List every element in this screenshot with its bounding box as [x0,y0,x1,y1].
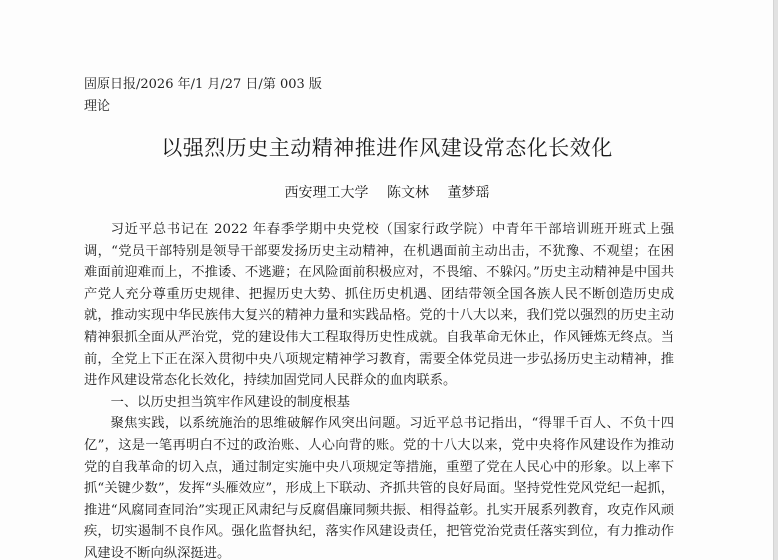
article-body: 习近平总书记在 2022 年春季学期中央党校（国家行政学院）中青年干部培训班开班… [84,219,674,560]
paragraph: 习近平总书记在 2022 年春季学期中央党校（国家行政学院）中青年干部培训班开班… [84,219,674,392]
document-meta: 固原日报/2026 年/1 月/27 日/第 003 版 理论 [84,74,322,118]
source-line: 固原日报/2026 年/1 月/27 日/第 003 版 [84,74,322,96]
paragraph: 聚焦实践，以系统施治的思维破解作风突出问题。习近平总书记指出，“得罪千百人、不负… [84,413,674,560]
author-name: 陈文林 [387,185,429,201]
author-name: 董梦瑶 [447,185,489,201]
section-heading: 一、以历史担当筑牢作风建设的制度根基 [84,392,674,414]
document-page: 固原日报/2026 年/1 月/27 日/第 003 版 理论 以强烈历史主动精… [0,0,774,560]
article-authors: 西安理工大学 陈文林 董梦瑶 [0,182,774,202]
vertical-scrollbar[interactable] [773,0,778,560]
column-label: 理论 [84,96,322,118]
article-title: 以强烈历史主动精神推进作风建设常态化长效化 [0,132,774,162]
author-affiliation: 西安理工大学 [285,185,369,201]
